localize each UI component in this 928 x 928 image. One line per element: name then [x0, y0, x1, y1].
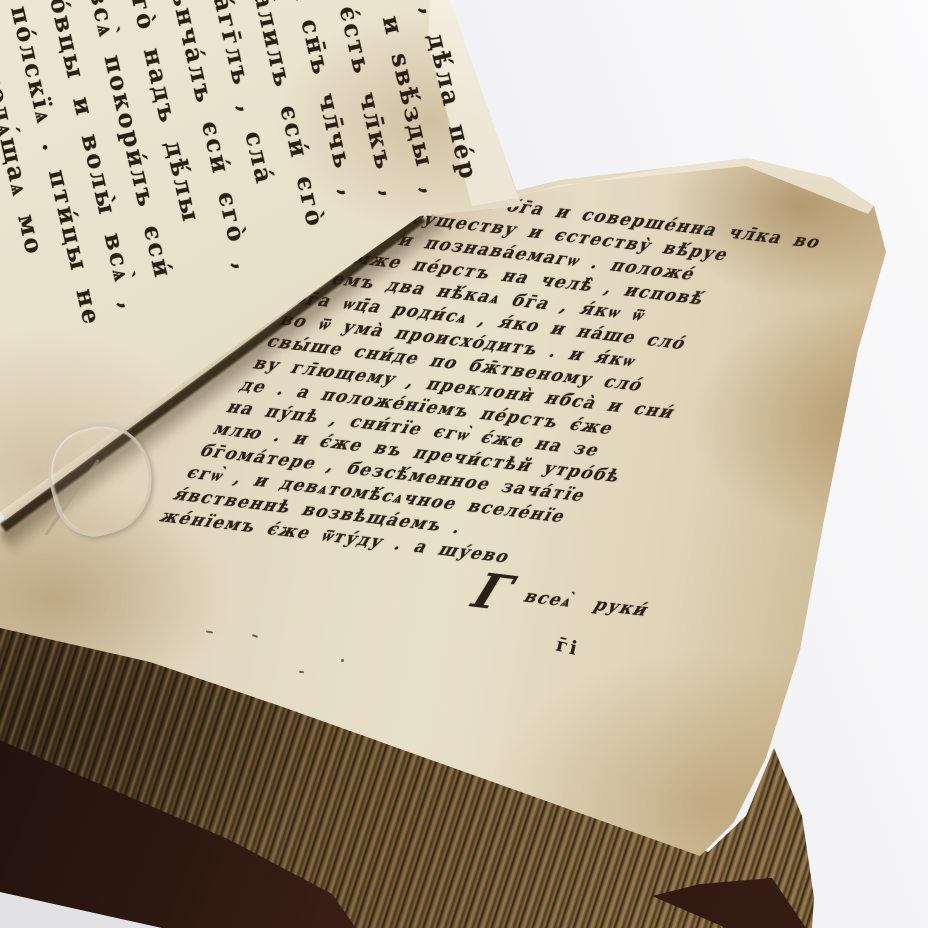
paper-speck [206, 630, 213, 633]
section-ending-line: Г всеѧ̀ руки́ [464, 572, 546, 617]
paper-speck [299, 671, 304, 673]
paper-speck [341, 659, 344, 662]
page-number: г̄і [554, 634, 581, 661]
paper-speck [252, 634, 258, 638]
scene-photo-open-antique-book: соверше́нна бг̄а и соверше́нна чл̄ка во … [0, 0, 928, 928]
drop-cap-letter: Г [464, 572, 521, 614]
drop-cap-line-text: всеѧ̀ руки́ [518, 586, 654, 623]
